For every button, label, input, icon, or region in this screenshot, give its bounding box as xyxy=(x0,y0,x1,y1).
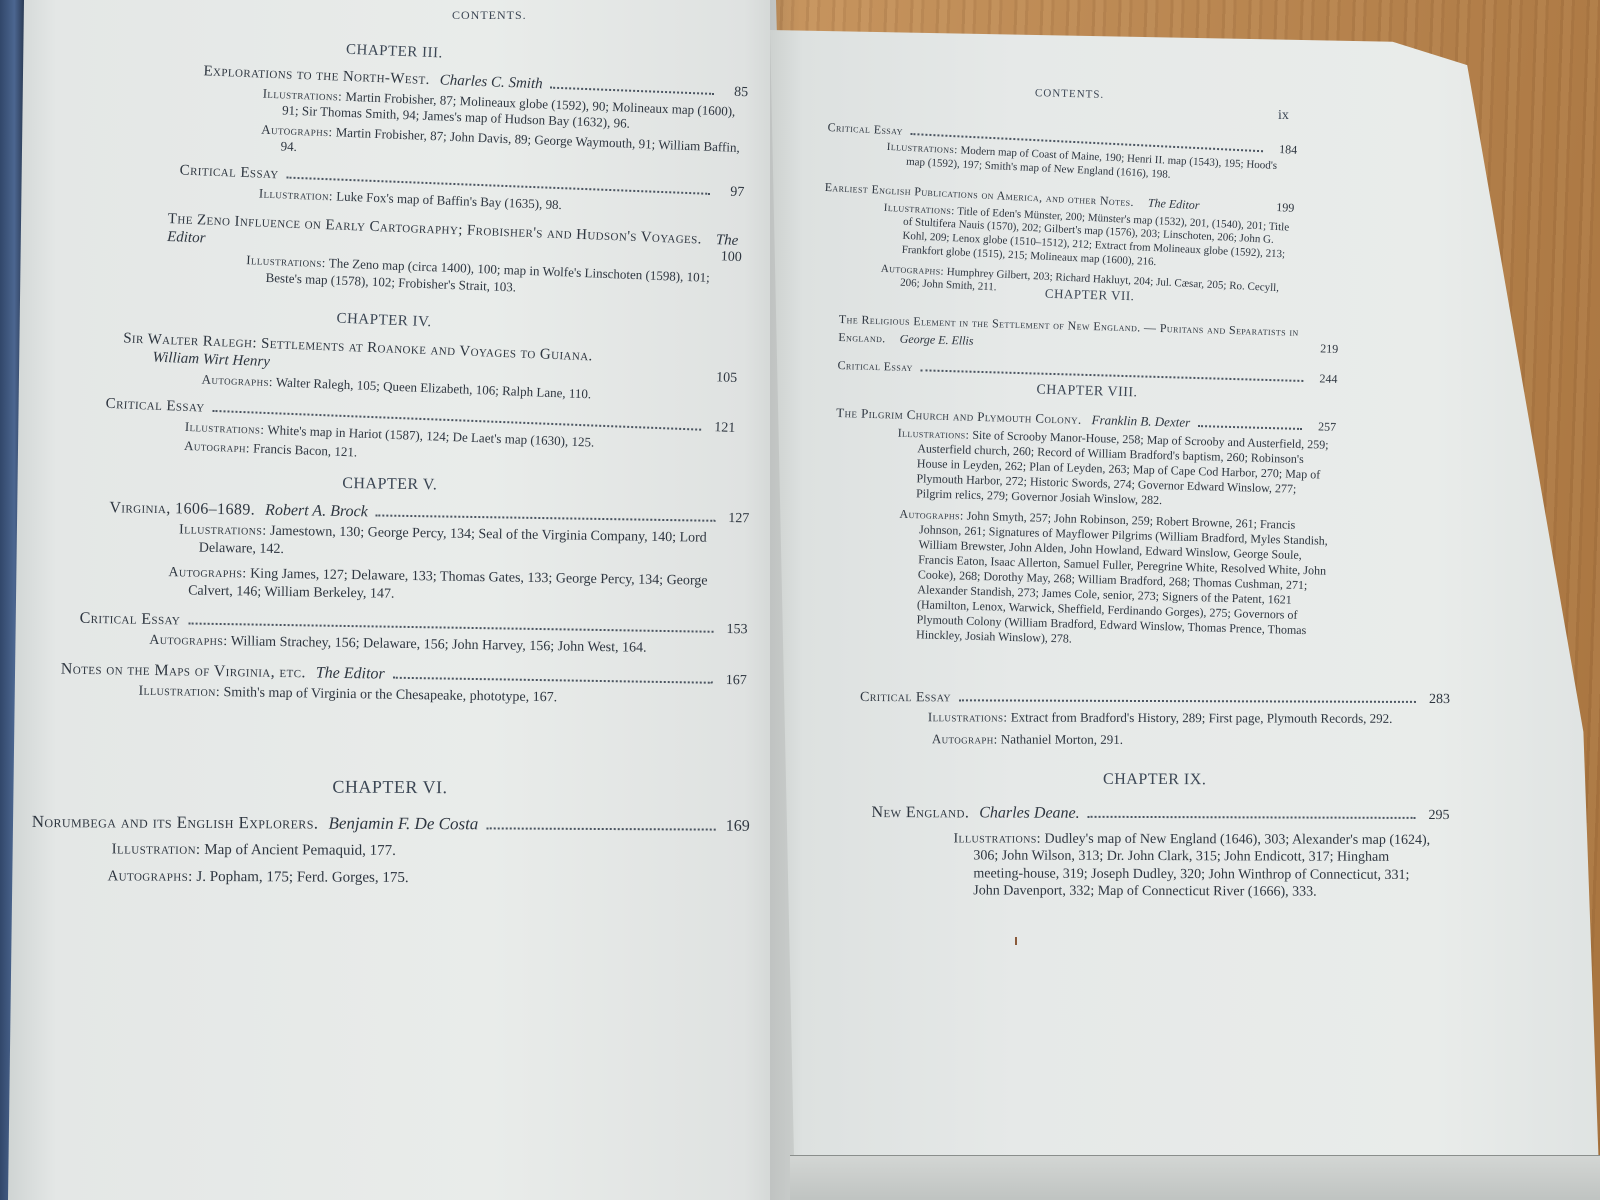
entry-page-number: 121 xyxy=(709,420,736,437)
entry-author: Robert A. Brock xyxy=(265,502,368,522)
left-toc-chapter-vi: CHAPTER VI. Norumbega and its English Ex… xyxy=(29,775,750,889)
page-stack-edge xyxy=(790,1155,1600,1200)
dot-leader xyxy=(1198,425,1302,430)
entry-author: George E. Ellis xyxy=(900,332,974,348)
note-label: Autographs: xyxy=(168,565,246,581)
note-text: Site of Scrooby Manor-House, 258; Map of… xyxy=(916,428,1329,507)
paper-speck xyxy=(1015,937,1017,945)
entry-author: William Wirt Henry xyxy=(152,349,270,369)
note-label: Autograph: xyxy=(184,438,250,456)
entry-note: Illustrations: Dudley's map of New Engla… xyxy=(953,830,1439,902)
entry-page-number: 127 xyxy=(723,511,749,527)
dot-leader xyxy=(486,827,715,830)
entry-title: Critical Essay xyxy=(105,396,205,417)
note-label: Autographs: xyxy=(899,507,964,523)
entry-title: New England. xyxy=(872,804,970,822)
note-label: Illustrations: xyxy=(179,522,267,538)
entry-title: Critical Essay xyxy=(827,120,903,139)
entry-title: The Pilgrim Church and Plymouth Colony. xyxy=(836,405,1082,428)
right-toc-lower: Critical Essay 283 Illustrations: Extrac… xyxy=(859,690,1450,902)
note-label: Illustrations: xyxy=(887,141,959,156)
entry-author: The Editor xyxy=(1148,195,1200,212)
note-label: Illustrations: xyxy=(246,252,326,270)
chapter-heading: CHAPTER VI. xyxy=(30,775,750,800)
entry-page-number: 100 xyxy=(715,249,742,266)
entry-author: Franklin B. Dexter xyxy=(1091,412,1190,431)
note-label: Autographs: xyxy=(261,121,333,139)
note-text: Jamestown, 130; George Percy, 134; Seal … xyxy=(199,524,707,557)
note-label: Illustrations: xyxy=(953,831,1041,846)
entry-page-number: 244 xyxy=(1311,371,1337,387)
entry-note: Illustrations: Jamestown, 130; George Pe… xyxy=(179,521,709,564)
note-text: King James, 127; Delaware, 133; Thomas G… xyxy=(188,566,708,601)
toc-entry[interactable]: Norumbega and its English Explorers. Ben… xyxy=(31,812,749,889)
entry-title: Critical Essay xyxy=(179,162,279,183)
note-text: Dudley's map of New England (1646), 303;… xyxy=(973,831,1430,899)
entry-page-number: 97 xyxy=(718,184,745,201)
note-text: Nathaniel Morton, 291. xyxy=(1001,732,1123,747)
note-label: Autographs: xyxy=(107,868,192,884)
toc-entry[interactable]: New England. Charles Deane. 295 Illustra… xyxy=(871,804,1449,902)
entry-page-number: 283 xyxy=(1424,692,1450,708)
toc-entry[interactable]: The Pilgrim Church and Plymouth Colony. … xyxy=(830,405,1336,654)
entry-page-number: 169 xyxy=(724,818,750,836)
entry-page-number: 257 xyxy=(1310,419,1336,435)
entry-note: Illustrations: Extract from Bradford's H… xyxy=(928,709,1420,727)
left-toc-chapter-v: CHAPTER V. Virginia, 1606–1689. Robert A… xyxy=(26,470,749,709)
entry-note: Autographs: John Smyth, 257; John Robins… xyxy=(896,507,1334,654)
entry-page-number: 295 xyxy=(1424,807,1450,823)
entry-page-number: 184 xyxy=(1271,142,1298,158)
entry-page-number: 219 xyxy=(1312,341,1338,357)
note-label: Illustration: xyxy=(138,683,220,699)
entry-note: Autographs: J. Popham, 175; Ferd. Gorges… xyxy=(107,867,749,889)
note-label: Illustrations: xyxy=(928,709,1008,724)
entry-page-number: 199 xyxy=(1268,199,1295,215)
entry-title: Explorations to the North-West. xyxy=(203,63,430,89)
entry-title: Critical Essay xyxy=(80,610,181,630)
toc-entry[interactable]: Virginia, 1606–1689. Robert A. Brock 127… xyxy=(108,499,749,608)
dot-leader xyxy=(550,87,714,95)
left-toc-upper: CHAPTER III. Explorations to the North-W… xyxy=(24,30,750,475)
note-label: Illustrations: xyxy=(898,426,970,442)
entry-note: Autograph: Nathaniel Morton, 291. xyxy=(932,732,1450,750)
entry-page-number: 105 xyxy=(711,370,738,387)
note-label: Illustrations: xyxy=(262,86,342,104)
entry-author: Charles C. Smith xyxy=(439,72,543,93)
entry-author: Charles Deane. xyxy=(979,804,1079,822)
right-toc-chapters-vii-viii: CHAPTER VII. The Religious Element in th… xyxy=(830,280,1340,654)
left-running-head: Contents. xyxy=(452,8,527,23)
right-toc-continued: Critical Essay 184 Illustrations: Modern… xyxy=(820,80,1300,310)
note-label: Autograph: xyxy=(932,732,998,747)
entry-title: Virginia, 1606–1689. xyxy=(109,499,255,519)
entry-author: The Editor xyxy=(316,664,385,683)
entry-title: Critical Essay xyxy=(860,690,951,706)
note-text: Map of Ancient Pemaquid, 177. xyxy=(204,842,396,859)
dot-leader xyxy=(393,676,713,683)
entry-note: Illustrations: Site of Scrooby Manor-Hou… xyxy=(896,426,1336,513)
note-text: Smith's map of Virginia or the Chesapeak… xyxy=(223,685,557,705)
dot-leader xyxy=(1088,815,1416,818)
entry-note: Illustration: Map of Ancient Pemaquid, 1… xyxy=(112,840,750,862)
entry-title: Norumbega and its English Explorers. xyxy=(32,812,319,834)
entry-title: Critical Essay xyxy=(837,358,913,375)
toc-entry[interactable]: Critical Essay 283 Illustrations: Extrac… xyxy=(860,690,1450,750)
note-label: Autographs: xyxy=(881,262,945,277)
note-text: John Smyth, 257; John Robinson, 259; Rob… xyxy=(916,509,1328,646)
chapter-heading: CHAPTER IX. xyxy=(860,769,1450,789)
note-label: Autographs: xyxy=(201,371,273,389)
dot-leader xyxy=(188,623,713,633)
note-text: J. Popham, 175; Ferd. Gorges, 175. xyxy=(196,869,408,886)
note-label: Autographs: xyxy=(149,633,227,649)
entry-page-number: 85 xyxy=(722,84,749,101)
entry-title: Notes on the Maps of Virginia, etc. xyxy=(61,660,306,682)
entry-page-number: 167 xyxy=(721,672,747,688)
note-label: Illustrations: xyxy=(185,419,265,437)
note-label: Illustrations: xyxy=(884,201,956,216)
note-label: Illustration: xyxy=(112,841,201,857)
note-text: Francis Bacon, 121. xyxy=(253,441,357,460)
note-text: Extract from Bradford's History, 289; Fi… xyxy=(1011,710,1393,726)
entry-page-number: 153 xyxy=(721,622,747,638)
note-label: Illustration: xyxy=(259,186,334,204)
entry-author: Benjamin F. De Costa xyxy=(328,814,478,835)
dot-leader xyxy=(959,699,1416,703)
dot-leader xyxy=(376,514,716,521)
